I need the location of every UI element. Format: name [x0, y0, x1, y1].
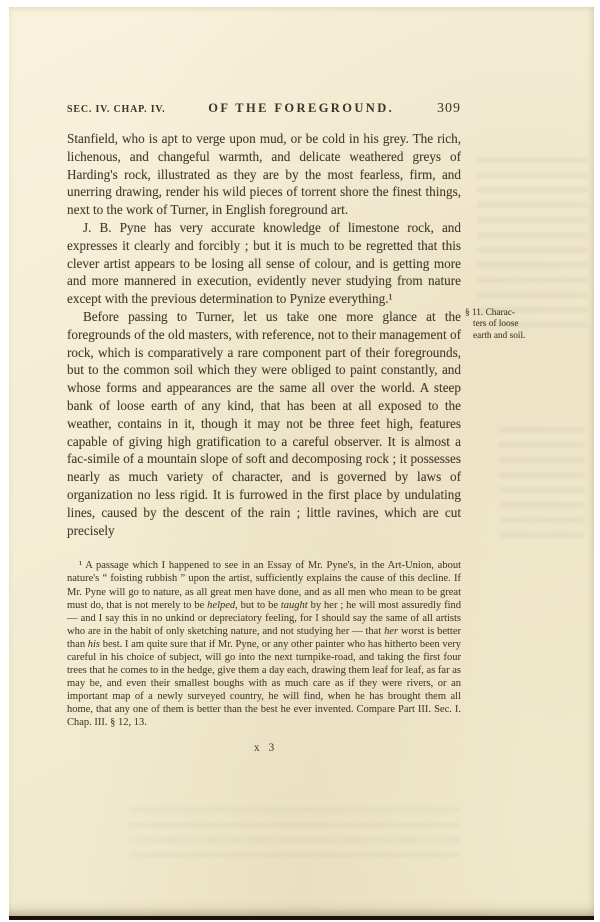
margin-note-section-11: § 11. Charac- ters of loose earth and so… — [465, 308, 557, 342]
section-chapter-label: SEC. IV. CHAP. IV. — [67, 104, 165, 115]
page-content: SEC. IV. CHAP. IV. OF THE FOREGROUND. 30… — [9, 7, 594, 754]
margin-note-line: § 11. Charac- — [465, 308, 557, 319]
signature-mark: x 3 — [67, 742, 461, 754]
paragraph-pyne: J. B. Pyne has very accurate knowledge o… — [67, 219, 461, 308]
main-text-column: Stanfield, who is apt to verge upon mud,… — [67, 130, 461, 539]
page-number: 309 — [437, 101, 461, 117]
book-page-scan: SEC. IV. CHAP. IV. OF THE FOREGROUND. 30… — [9, 7, 594, 920]
margin-note-line: ters of loose — [465, 319, 557, 330]
paragraph-soil-wrapper: Before passing to Turner, let us take on… — [67, 308, 461, 539]
margin-note-line: earth and soil. — [465, 331, 557, 342]
show-through-ghost — [129, 807, 459, 867]
running-title: OF THE FOREGROUND. — [208, 101, 394, 116]
paragraph-loose-earth: Before passing to Turner, let us take on… — [67, 308, 461, 539]
running-header: SEC. IV. CHAP. IV. OF THE FOREGROUND. 30… — [67, 101, 461, 117]
footnote-pyne-essay: ¹ A passage which I happened to see in a… — [67, 559, 461, 729]
paragraph-stanfield: Stanfield, who is apt to verge upon mud,… — [67, 130, 461, 219]
